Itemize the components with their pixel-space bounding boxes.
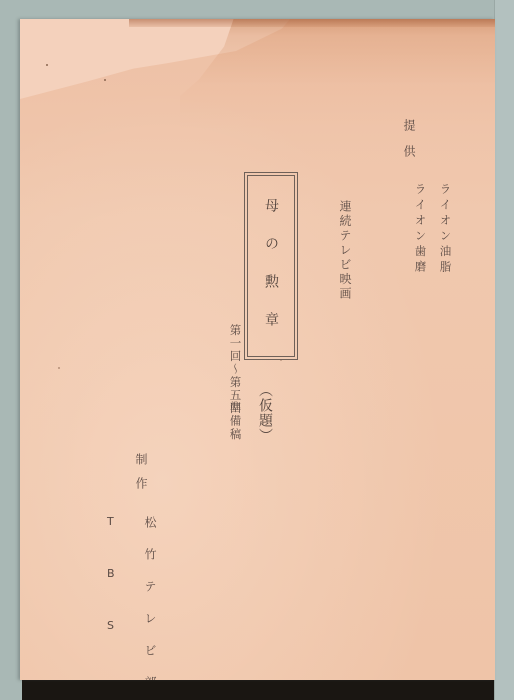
sponsor-name-lion-toothpaste: ライオン歯磨 xyxy=(414,183,426,276)
scanner-background-strip xyxy=(494,0,514,700)
tbs-letter: S xyxy=(107,620,115,672)
paper-speck xyxy=(104,79,106,81)
production-company-shochiku: 松竹テレビ部 xyxy=(144,516,156,680)
sponsor-label: 提供 xyxy=(403,119,415,171)
page-shadow xyxy=(22,680,494,700)
paper-speck xyxy=(46,64,48,66)
title-frame-inner: 母の勲章 xyxy=(247,175,295,357)
production-company-tbs: T B S xyxy=(107,516,115,672)
paper-speck xyxy=(58,367,60,369)
draft-status: 準備稿 xyxy=(229,401,241,442)
tbs-letter: T xyxy=(107,516,115,568)
tbs-letter: B xyxy=(107,568,115,620)
series-type: 連続テレビ映画 xyxy=(339,200,351,302)
paper-top-discoloration xyxy=(129,19,495,27)
sponsor-name-lion-oil: ライオン油脂 xyxy=(439,183,451,276)
script-cover-page: 提供 ライオン油脂 ライオン歯磨 連続テレビ映画 母の勲章 （仮題） 第一回〜第… xyxy=(20,19,495,680)
document-title: 母の勲章 xyxy=(264,198,278,350)
title-frame: 母の勲章 xyxy=(244,172,298,360)
provisional-title-note: （仮題） xyxy=(258,383,272,443)
production-label: 制作 xyxy=(135,453,147,501)
